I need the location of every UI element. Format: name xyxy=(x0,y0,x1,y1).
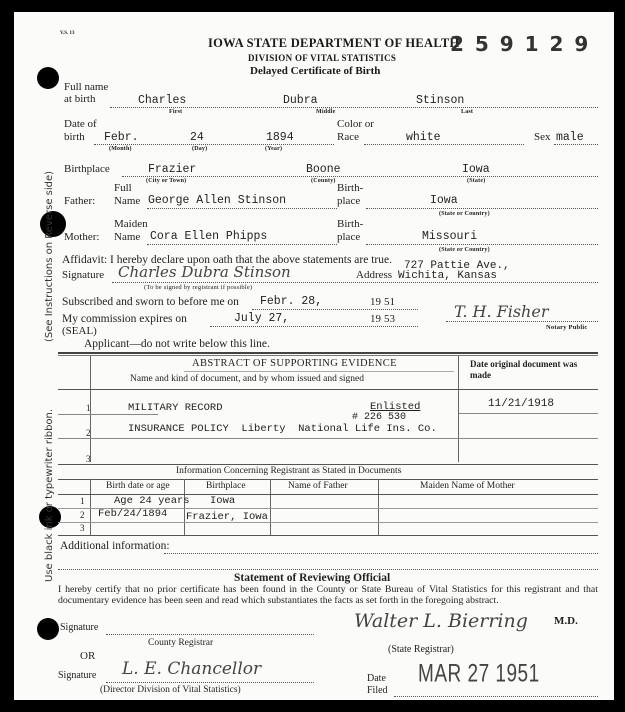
sworn-label: Subscribed and sworn to before me on xyxy=(62,296,239,308)
info-row-2-num: 2 xyxy=(80,510,85,520)
seal-label: (SEAL) xyxy=(62,325,97,337)
sex-line xyxy=(554,144,598,145)
sworn-date: Febr. 28, xyxy=(260,295,322,308)
dob-line xyxy=(94,144,334,145)
info-row-1-birthdate: Age 24 years xyxy=(114,495,190,507)
evidence-row-2-num: 2 xyxy=(86,428,91,438)
side-note-ink: Use black ink or typewriter ribbon. xyxy=(44,409,55,582)
date-filed-stamp: MAR 27 1951 xyxy=(418,661,540,690)
mother-label: Mother: xyxy=(64,231,99,243)
sworn-year-prefix: 19 xyxy=(370,296,381,308)
or-label: OR xyxy=(80,650,95,662)
mother-name-line xyxy=(147,244,337,245)
county-signature-label: Signature xyxy=(60,622,98,633)
county-caption: (County) xyxy=(311,178,336,184)
director-signature-line xyxy=(106,682,314,683)
birth-label: birth xyxy=(64,131,85,143)
form-code: V.S. 13 xyxy=(60,31,75,36)
full-name-label: Full name xyxy=(64,81,108,93)
info-row-3-num: 3 xyxy=(80,523,85,533)
evidence-row-1-doc: MILITARY RECORD xyxy=(128,402,223,414)
father-name-label-2: Name xyxy=(114,195,140,207)
sex-value: male xyxy=(556,131,584,144)
day-caption: (Day) xyxy=(192,146,207,152)
signature-line xyxy=(112,282,598,283)
evidence-header-rule xyxy=(58,389,598,390)
state-registrar-caption: (State Registrar) xyxy=(388,644,454,655)
county-signature-line xyxy=(106,634,314,635)
birth-certificate: (See Instructions on Reverse side) Use b… xyxy=(14,12,614,700)
evidence-bottom-rule xyxy=(58,464,598,465)
evidence-row-2-doc: INSURANCE POLICY Liberty National Life I… xyxy=(128,423,437,435)
race-line xyxy=(364,144,524,145)
info-num-divider xyxy=(90,479,91,535)
director-signature: L. E. Chancellor xyxy=(122,659,261,679)
info-col-divider xyxy=(270,479,271,535)
birth-city: Frazier xyxy=(148,163,196,176)
date-filed-label-2: Filed xyxy=(367,685,388,696)
mother-birthplace-line xyxy=(366,244,598,245)
father-birthplace-line xyxy=(366,208,598,209)
first-caption: First xyxy=(169,109,182,115)
evidence-row-rule xyxy=(58,438,598,439)
birth-month: Febr. xyxy=(104,131,139,144)
info-row-1-num: 1 xyxy=(80,496,85,506)
page-title: IOWA STATE DEPARTMENT OF HEALTH xyxy=(208,36,460,51)
mother-birthplace: Missouri xyxy=(422,230,477,243)
birthplace-line xyxy=(122,176,598,177)
registrant-signature: Charles Dubra Stinson xyxy=(118,263,291,281)
notary-caption: Notary Public xyxy=(546,324,587,331)
signature-caption: (To be signed by registrant if possible) xyxy=(144,284,252,291)
birth-year: 1894 xyxy=(266,131,294,144)
middle-name: Dubra xyxy=(283,94,318,107)
info-col-father: Name of Father xyxy=(288,481,348,491)
state-caption: (State) xyxy=(467,178,485,184)
side-note-instructions: (See Instructions on Reverse side) xyxy=(44,171,55,342)
info-col-divider xyxy=(184,479,185,535)
info-row-1-birthplace: Iowa xyxy=(210,495,235,507)
mother-birthplace-label-2: place xyxy=(337,231,360,243)
evidence-date-rule xyxy=(459,413,598,414)
date-filed-label-1: Date xyxy=(367,673,386,684)
birth-county: Boone xyxy=(306,163,341,176)
father-name-label-1: Full xyxy=(114,182,132,194)
info-title-rule xyxy=(58,479,598,480)
birth-state: Iowa xyxy=(462,163,490,176)
month-caption: (Month) xyxy=(109,146,132,152)
evidence-date-divider xyxy=(458,356,459,462)
sworn-year: 51 xyxy=(384,296,395,308)
md-label: M.D. xyxy=(554,615,578,627)
commission-year: 53 xyxy=(384,313,395,325)
additional-info-line xyxy=(164,553,598,554)
info-row-rule xyxy=(58,522,598,523)
info-row-2-birthdate: Feb/24/1894 xyxy=(98,508,167,520)
applicant-note: Applicant—do not write below this line. xyxy=(84,338,270,350)
father-name: George Allen Stinson xyxy=(148,194,286,207)
address-line-2: Wichita, Kansas xyxy=(398,270,497,282)
evidence-row-rule xyxy=(58,414,158,415)
state-registrar-signature: Walter L. Bierring xyxy=(354,610,528,632)
evidence-row-1-extra2: # 226 530 xyxy=(352,412,406,423)
info-col-mother: Maiden Name of Mother xyxy=(420,481,515,491)
info-title: Information Concerning Registrant as Sta… xyxy=(176,466,401,476)
additional-info-label: Additional information: xyxy=(60,540,170,552)
first-name: Charles xyxy=(138,94,186,107)
mother-name-label-2: Name xyxy=(114,231,140,243)
father-name-line xyxy=(147,208,337,209)
mother-name: Cora Ellen Phipps xyxy=(150,230,267,243)
evidence-row-1-num: 1 xyxy=(86,403,91,413)
race-label: Color or xyxy=(337,118,374,130)
father-label: Father: xyxy=(64,195,95,207)
info-col-birthplace: Birthplace xyxy=(206,481,246,491)
date-filed-line xyxy=(394,696,598,697)
sex-label: Sex xyxy=(534,131,551,143)
address-label: Address xyxy=(356,269,392,281)
name-line xyxy=(110,107,598,108)
commission-date: July 27, xyxy=(234,312,289,325)
notary-signature: T. H. Fisher xyxy=(454,302,548,321)
info-col-birthdate: Birth date or age xyxy=(106,481,170,491)
at-birth-label: at birth xyxy=(64,93,95,105)
father-birthplace-label-2: place xyxy=(337,195,360,207)
father-birthplace-label-1: Birth- xyxy=(337,182,363,194)
director-caption: (Director Division of Vital Statistics) xyxy=(100,685,241,695)
commission-line xyxy=(210,326,418,327)
race-label-2: Race xyxy=(337,131,359,143)
director-signature-label: Signature xyxy=(58,670,96,681)
middle-caption: Middle xyxy=(316,109,336,115)
year-caption: (Year) xyxy=(265,146,282,152)
evidence-col-doc: Name and kind of document, and by whom i… xyxy=(130,374,364,384)
county-registrar-caption: County Registrar xyxy=(148,638,213,648)
section-divider xyxy=(58,352,598,354)
evidence-col-date: Date original document was made xyxy=(470,359,590,381)
statement-body: I hereby certify that no prior certifica… xyxy=(58,584,598,606)
signature-label: Signature xyxy=(62,269,104,281)
evidence-title: ABSTRACT OF SUPPORTING EVIDENCE xyxy=(192,358,397,369)
birth-day: 24 xyxy=(190,131,204,144)
mother-name-label-1: Maiden xyxy=(114,218,148,230)
dob-label: Date of xyxy=(64,118,97,130)
subtitle: Delayed Certificate of Birth xyxy=(250,65,380,77)
race-value: white xyxy=(406,131,441,144)
city-caption: (City or Town) xyxy=(146,178,186,184)
evidence-row-3-num: 3 xyxy=(86,454,91,464)
division-title: DIVISION OF VITAL STATISTICS xyxy=(248,53,396,63)
commission-label: My commission expires on xyxy=(62,313,187,325)
notary-line xyxy=(446,321,598,322)
father-birthplace: Iowa xyxy=(430,194,458,207)
punch-hole xyxy=(37,618,59,640)
birthplace-label: Birthplace xyxy=(64,163,110,175)
father-birthplace-caption: (State or Country) xyxy=(439,211,490,217)
last-caption: Last xyxy=(461,109,473,115)
mother-birthplace-label-1: Birth- xyxy=(337,218,363,230)
punch-hole xyxy=(37,67,59,89)
certificate-number: 2 5 9 1 2 9 xyxy=(450,32,590,56)
info-bottom-rule xyxy=(58,535,598,536)
section-divider-2 xyxy=(58,355,598,356)
info-col-divider xyxy=(378,479,379,535)
additional-info-line-2 xyxy=(58,569,598,570)
commission-year-prefix: 19 xyxy=(370,313,381,325)
last-name: Stinson xyxy=(416,94,464,107)
evidence-title-underline xyxy=(184,371,454,372)
mother-birthplace-caption: (State or Country) xyxy=(439,247,490,253)
statement-title: Statement of Reviewing Official xyxy=(234,572,390,584)
sworn-line xyxy=(252,309,418,310)
evidence-row-1-date: 11/21/1918 xyxy=(488,398,554,410)
